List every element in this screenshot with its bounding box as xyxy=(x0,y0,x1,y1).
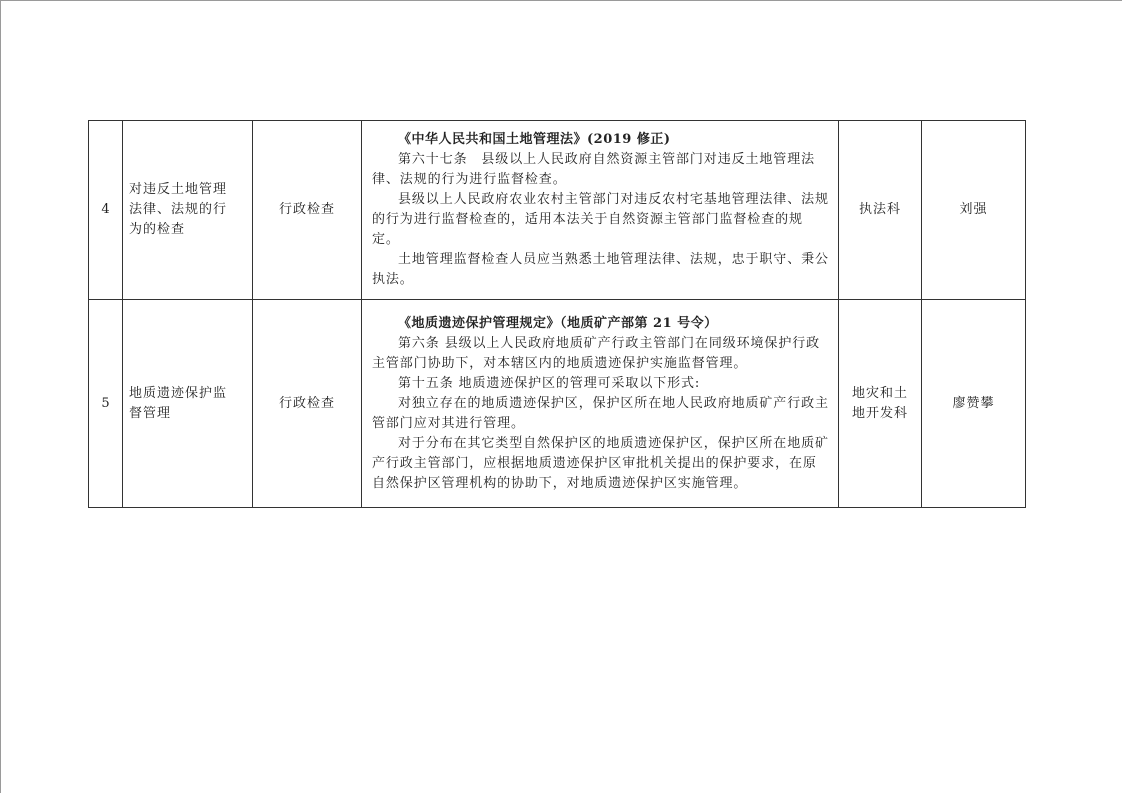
legal-basis-title: 《地质遗迹保护管理规定》（地质矿产部第 21 号令） xyxy=(372,314,830,334)
item-name-line: 督管理 xyxy=(129,404,246,424)
item-name-line: 对违反土地管理 xyxy=(129,180,246,200)
department-line: 地开发科 xyxy=(839,404,921,424)
item-name-line: 为的检查 xyxy=(129,220,246,240)
duty-table: 4 对违反土地管理 法律、法规的行 为的检查 行政检查 《中华人民共和国土地管理… xyxy=(88,120,1026,508)
department-line: 地灾和土 xyxy=(839,384,921,404)
responsible-person: 刘强 xyxy=(922,121,1026,300)
legal-basis-paragraph: 第十五条 地质遗迹保护区的管理可采取以下形式: xyxy=(372,374,830,394)
legal-basis-paragraph: 第六条 县级以上人民政府地质矿产行政主管部门在同级环境保护行政主管部门协助下，对… xyxy=(372,334,830,374)
item-name-line: 法律、法规的行 xyxy=(129,200,246,220)
legal-basis-title: 《中华人民共和国土地管理法》(2019 修正) xyxy=(372,130,830,150)
table-row: 4 对违反土地管理 法律、法规的行 为的检查 行政检查 《中华人民共和国土地管理… xyxy=(89,121,1026,300)
legal-basis-paragraph: 土地管理监督检查人员应当熟悉土地管理法律、法规，忠于职守、秉公执法。 xyxy=(372,250,830,290)
row-number: 4 xyxy=(89,121,123,300)
responsible-department: 地灾和土 地开发科 xyxy=(839,300,922,508)
item-name: 地质遗迹保护监 督管理 xyxy=(123,300,253,508)
item-name: 对违反土地管理 法律、法规的行 为的检查 xyxy=(123,121,253,300)
item-type: 行政检查 xyxy=(253,300,362,508)
page-edge-left xyxy=(0,0,1,793)
department-line: 执法科 xyxy=(839,200,921,220)
table-row: 5 地质遗迹保护监 督管理 行政检查 《地质遗迹保护管理规定》（地质矿产部第 2… xyxy=(89,300,1026,508)
page-edge-top xyxy=(0,0,1122,1)
responsible-person: 廖赞攀 xyxy=(922,300,1026,508)
item-type: 行政检查 xyxy=(253,121,362,300)
legal-basis: 《中华人民共和国土地管理法》(2019 修正) 第六十七条 县级以上人民政府自然… xyxy=(362,121,839,300)
legal-basis-paragraph: 对于分布在其它类型自然保护区的地质遗迹保护区，保护区所在地质矿产行政主管部门，应… xyxy=(372,434,830,494)
legal-basis-paragraph: 县级以上人民政府农业农村主管部门对违反农村宅基地管理法律、法规的行为进行监督检查… xyxy=(372,190,830,250)
legal-basis-paragraph: 第六十七条 县级以上人民政府自然资源主管部门对违反土地管理法律、法规的行为进行监… xyxy=(372,150,830,190)
responsible-department: 执法科 xyxy=(839,121,922,300)
legal-basis: 《地质遗迹保护管理规定》（地质矿产部第 21 号令） 第六条 县级以上人民政府地… xyxy=(362,300,839,508)
legal-basis-paragraph: 对独立存在的地质遗迹保护区，保护区所在地人民政府地质矿产行政主管部门应对其进行管… xyxy=(372,394,830,434)
row-number: 5 xyxy=(89,300,123,508)
item-name-line: 地质遗迹保护监 xyxy=(129,384,246,404)
